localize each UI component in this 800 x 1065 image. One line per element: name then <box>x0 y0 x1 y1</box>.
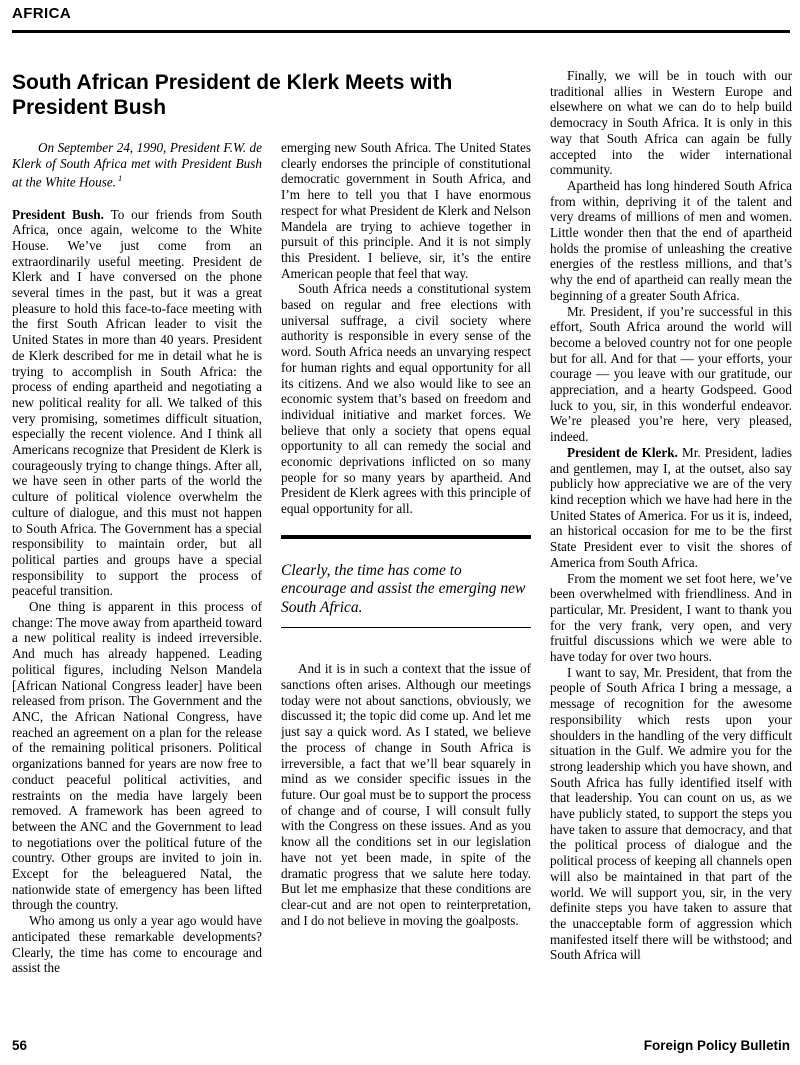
text-column-3: Finally, we will be in touch with our tr… <box>550 32 792 1035</box>
dateline: On September 24, 1990, President F.W. de… <box>12 140 262 191</box>
paragraph: Mr. President, if you’re successful in t… <box>550 304 792 445</box>
paragraph: President de Klerk. Mr. President, ladie… <box>550 445 792 571</box>
page-footer: 56 Foreign Policy Bulletin <box>12 1038 790 1053</box>
text-column-2: emerging new South Africa. The United St… <box>281 140 531 1035</box>
pull-quote: Clearly, the time has come to encourage … <box>281 535 531 629</box>
paragraph: From the moment we set foot here, we’ve … <box>550 571 792 665</box>
speaker-name: President de Klerk. <box>567 445 682 460</box>
paragraph: President Bush. To our friends from Sout… <box>12 207 262 600</box>
article-title: South African President de Klerk Meets w… <box>12 70 514 140</box>
paragraph: One thing is apparent in this process of… <box>12 599 262 913</box>
footnote-ref: 1 <box>118 173 122 183</box>
paragraph: Who among us only a year ago would have … <box>12 913 262 976</box>
paragraph: I want to say, Mr. President, that from … <box>550 665 792 963</box>
speaker-name: President Bush. <box>12 207 111 222</box>
paragraph: And it is in such a context that the iss… <box>281 661 531 928</box>
text-column-1: On September 24, 1990, President F.W. de… <box>12 140 262 1035</box>
publication-name: Foreign Policy Bulletin <box>644 1038 790 1053</box>
page-number: 56 <box>12 1038 27 1053</box>
paragraph: emerging new South Africa. The United St… <box>281 140 531 281</box>
masthead: AFRICA <box>12 0 790 33</box>
paragraph: Apartheid has long hindered South Africa… <box>550 178 792 304</box>
paragraph: South Africa needs a constitutional syst… <box>281 281 531 517</box>
article: South African President de Klerk Meets w… <box>12 32 792 1035</box>
section-heading: AFRICA <box>12 0 790 22</box>
paragraph: Finally, we will be in touch with our tr… <box>550 68 792 178</box>
magazine-page: AFRICA South African President de Klerk … <box>0 0 800 1065</box>
